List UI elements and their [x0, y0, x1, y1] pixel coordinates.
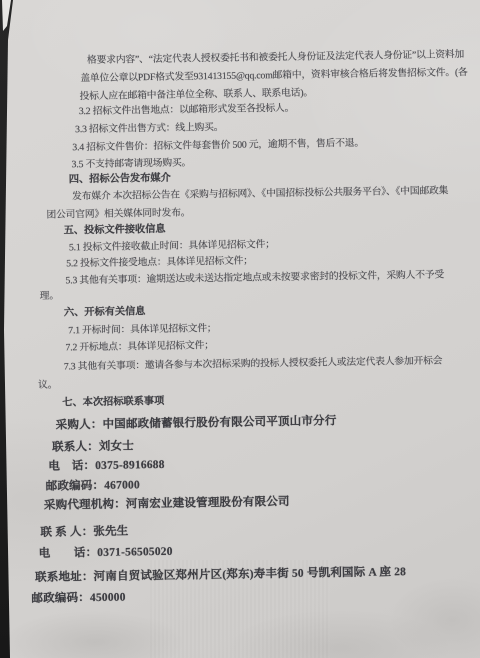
- item-7-2-opening-place: 7.2 开标地点：具体详见招标文件；: [65, 341, 213, 353]
- purchaser-postcode-line: 邮政编码：467000: [46, 480, 140, 493]
- purchaser-name-line: 采购人：中国邮政储蓄银行股份有限公司平顶山市分行: [56, 416, 337, 432]
- item-5-2-receive-place: 5.2 投标文件接受地点：具体详见招标文件；: [66, 256, 253, 269]
- item-7-1-opening-time: 7.1 开标时间：具体详见招标文件；: [68, 324, 216, 336]
- item-5-3-continuation: 理。: [40, 292, 59, 302]
- item-7-3-continuation: 议。: [38, 381, 57, 391]
- agency-postcode-line: 邮政编码：450000: [31, 593, 125, 606]
- item-3-2-sale-location: 3.2 招标文件出售地点：以邮箱形式发至各投标人。: [79, 104, 295, 117]
- section-4-publish-media-line-2: 团公司官网》相关媒体同时发布。: [46, 208, 190, 220]
- section-4-publish-media-line-1: 发布媒介 本次招标公告在《采购与招标网》、《中国招标投标公共服务平台》、《中国邮…: [72, 186, 448, 202]
- item-3-5-no-mailing: 3.5 不支持邮寄请现场购买。: [72, 158, 192, 170]
- paragraph-continuation-line-3: 投标人应在邮箱中备注单位全称、联系人、联系电话)。: [80, 89, 314, 102]
- tender-announcement-text: 格要求内容”、“法定代表人授权委托书和被委托人身份证及法定代表人身份证”以上资料…: [0, 0, 480, 658]
- item-5-3-other-matters: 5.3 其他有关事项：逾期送达或未送达指定地点或未按要求密封的投标文件，采购人不…: [65, 270, 444, 286]
- agency-contact-line: 联 系 人：张先生: [40, 526, 128, 539]
- purchaser-phone-line: 电 话：0375-8916688: [48, 460, 164, 473]
- agency-phone-line: 电 话：0371-56505020: [39, 547, 173, 561]
- document-photo: 格要求内容”、“法定代表人授权委托书和被委托人身份证及法定代表人身份证”以上资料…: [0, 0, 480, 658]
- item-7-3-other-matters: 7.3 其他有关事项：邀请各参与本次招标采购的投标人授权委托人或法定代表人参加开…: [64, 357, 443, 373]
- paragraph-continuation-line-2: 盖单位公章以PDF格式发至931413155@qq.com邮箱中，资料审核合格后…: [80, 68, 467, 84]
- purchaser-contact-line: 联系人：刘女士: [52, 441, 134, 454]
- section-7-heading: 七、本次招标联系事项: [62, 397, 164, 409]
- section-6-heading: 六、开标有关信息: [64, 307, 146, 318]
- item-5-1-deadline: 5.1 投标文件接收截止时间：具体详见招标文件；: [69, 240, 275, 253]
- section-4-heading: 四、招标公告发布媒介: [69, 174, 171, 186]
- paragraph-continuation-line-1: 格要求内容”、“法定代表人授权委托书和被委托人身份证及法定代表人身份证”以上资料…: [87, 50, 464, 66]
- item-3-3-sale-method: 3.3 招标文件出售方式：线上购买。: [75, 123, 223, 135]
- agency-address-line: 联系地址：河南自贸试验区郑州片区(郑东)寿丰街 50 号凯利国际 A 座 28: [35, 567, 406, 584]
- item-3-4-document-price: 3.4 招标文件售价：招标文件每套售价 500 元，逾期不售，售后不退。: [72, 139, 364, 153]
- section-5-heading: 五、投标文件接收信息: [64, 225, 166, 237]
- agency-name-line: 采购代理机构：河南宏业建设管理股份有限公司: [44, 497, 290, 512]
